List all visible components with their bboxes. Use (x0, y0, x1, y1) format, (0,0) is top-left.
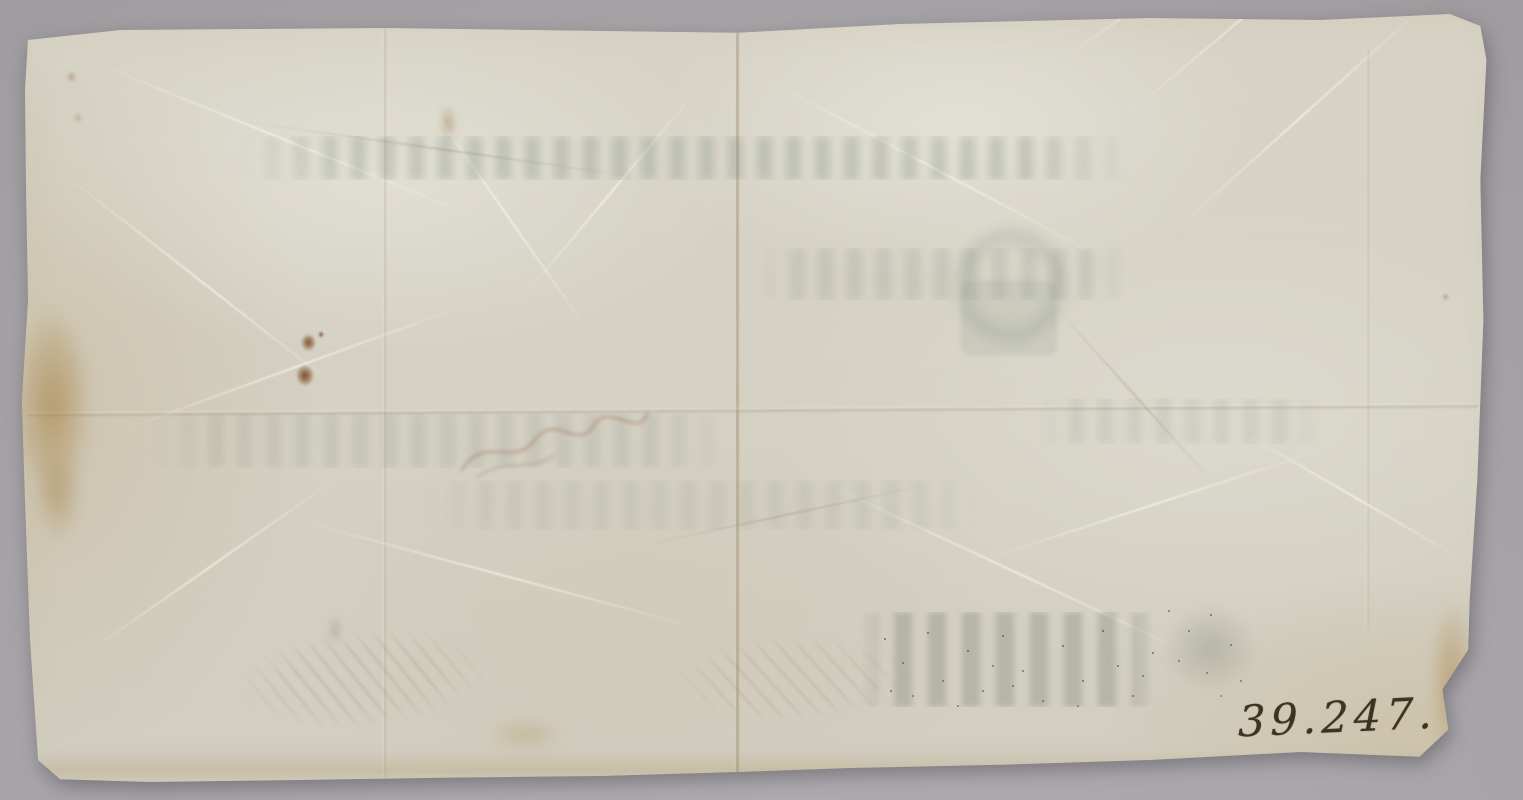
showthrough-letterforms (235, 136, 1135, 180)
wrinkle-line (519, 86, 701, 302)
ink-spot-upper (301, 334, 316, 351)
wrinkle-line (300, 520, 706, 631)
showthrough-letterforms (420, 480, 980, 530)
showthrough-ink-speckles-right (1160, 600, 1162, 602)
banknote-reverse-paper: 39.247. (0, 0, 1523, 800)
showthrough-letterforms (1040, 398, 1320, 444)
pencil-hatching-left (232, 619, 498, 737)
foxing-dot-top-left-1 (66, 70, 77, 84)
foxing-dot-top-left-2 (73, 112, 83, 124)
pencil-hatching-right (668, 628, 911, 731)
fold-line-right (1366, 50, 1370, 630)
showthrough-blotch-right (1150, 592, 1270, 704)
wrinkle-line (89, 478, 336, 652)
wrinkle-line (980, 449, 1323, 562)
banknote-paper-wrap: 39.247. (0, 0, 1523, 800)
showthrough-headline-band (235, 136, 1135, 180)
wrinkle-line (1059, 0, 1306, 62)
catalog-number-annotation: 39.247. (1238, 689, 1437, 748)
showthrough-seal-plaque (962, 282, 1056, 354)
showthrough-ink-speckles (872, 620, 874, 622)
showthrough-middle-band-right (1040, 398, 1320, 444)
photo-backdrop: 39.247. (0, 0, 1523, 800)
stain-right-edge-speck (1441, 292, 1450, 302)
stain-right-edge-bottom (1430, 600, 1475, 765)
wrinkle-line (1240, 430, 1466, 562)
showthrough-lower-band (420, 480, 980, 530)
stain-left-edge-lower (26, 430, 90, 560)
bottom-edge-browning (40, 752, 1440, 776)
wrinkle-line (59, 170, 344, 393)
ink-spot-large (296, 365, 314, 386)
ink-spot-small (317, 330, 325, 339)
